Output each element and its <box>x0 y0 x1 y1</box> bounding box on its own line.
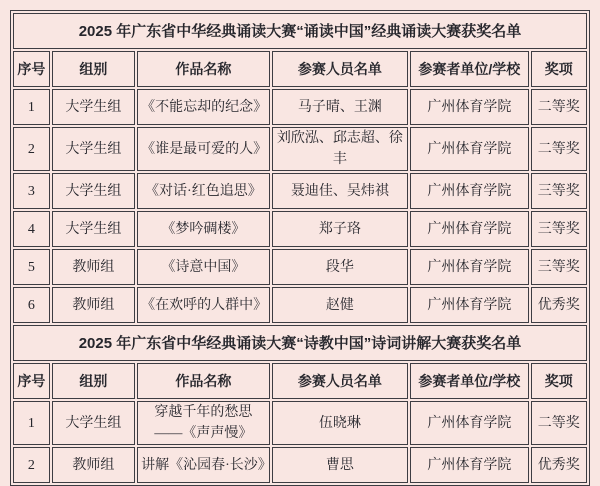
cell-participants: 赵健 <box>272 287 408 323</box>
column-header-work: 作品名称 <box>137 363 270 399</box>
cell-group: 教师组 <box>52 447 135 483</box>
table-title-row: 2025 年广东省中华经典诵读大赛“诗教中国”诗词讲解大赛获奖名单 <box>13 325 587 361</box>
cell-participants: 马子晴、王渊 <box>272 89 408 125</box>
cell-school: 广州体育学院 <box>410 173 528 209</box>
table-row: 4 大学生组 《梦吟碉楼》 郑子珞 广州体育学院 三等奖 <box>13 211 587 247</box>
cell-award: 优秀奖 <box>531 287 587 323</box>
cell-work: 《谁是最可爱的人》 <box>137 127 270 171</box>
header-row: 序号 组别 作品名称 参赛人员名单 参赛者单位/学校 奖项 <box>13 363 587 399</box>
column-header-serial: 序号 <box>13 363 50 399</box>
cell-work: 《梦吟碉楼》 <box>137 211 270 247</box>
column-header-serial: 序号 <box>13 51 50 87</box>
table-row: 6 教师组 《在欢呼的人群中》 赵健 广州体育学院 优秀奖 <box>13 287 587 323</box>
cell-group: 大学生组 <box>52 401 135 445</box>
cell-group: 教师组 <box>52 287 135 323</box>
cell-participants: 郑子珞 <box>272 211 408 247</box>
table-row: 2 教师组 讲解《沁园春·长沙》 曹思 广州体育学院 优秀奖 <box>13 447 587 483</box>
column-header-school: 参赛者单位/学校 <box>410 51 528 87</box>
cell-group: 大学生组 <box>52 89 135 125</box>
cell-work: 《不能忘却的纪念》 <box>137 89 270 125</box>
cell-participants: 聂迪佳、吴炜祺 <box>272 173 408 209</box>
cell-group: 教师组 <box>52 249 135 285</box>
cell-participants: 段华 <box>272 249 408 285</box>
page: 2025 年广东省中华经典诵读大赛“诵读中国”经典诵读大赛获奖名单 序号 组别 … <box>0 0 600 486</box>
cell-school: 广州体育学院 <box>410 89 528 125</box>
cell-school: 广州体育学院 <box>410 249 528 285</box>
cell-serial: 3 <box>13 173 50 209</box>
cell-award: 三等奖 <box>531 211 587 247</box>
cell-serial: 2 <box>13 127 50 171</box>
cell-school: 广州体育学院 <box>410 211 528 247</box>
cell-serial: 1 <box>13 89 50 125</box>
cell-participants: 伍晓琳 <box>272 401 408 445</box>
cell-participants: 曹思 <box>272 447 408 483</box>
cell-group: 大学生组 <box>52 127 135 171</box>
cell-serial: 1 <box>13 401 50 445</box>
table-row: 1 大学生组 《不能忘却的纪念》 马子晴、王渊 广州体育学院 二等奖 <box>13 89 587 125</box>
cell-work: 《诗意中国》 <box>137 249 270 285</box>
cell-work: 《对话·红色追思》 <box>137 173 270 209</box>
cell-serial: 2 <box>13 447 50 483</box>
cell-group: 大学生组 <box>52 211 135 247</box>
cell-serial: 5 <box>13 249 50 285</box>
cell-work: 穿越千年的愁思 ——《声声慢》 <box>137 401 270 445</box>
cell-award: 三等奖 <box>531 249 587 285</box>
column-header-participants: 参赛人员名单 <box>272 363 408 399</box>
cell-school: 广州体育学院 <box>410 287 528 323</box>
cell-award: 二等奖 <box>531 89 587 125</box>
table-title-row: 2025 年广东省中华经典诵读大赛“诵读中国”经典诵读大赛获奖名单 <box>13 13 587 49</box>
table-row: 5 教师组 《诗意中国》 段华 广州体育学院 三等奖 <box>13 249 587 285</box>
table-title: 2025 年广东省中华经典诵读大赛“诗教中国”诗词讲解大赛获奖名单 <box>13 325 587 361</box>
awards-table: 2025 年广东省中华经典诵读大赛“诵读中国”经典诵读大赛获奖名单 序号 组别 … <box>10 10 590 486</box>
cell-award: 优秀奖 <box>531 447 587 483</box>
cell-school: 广州体育学院 <box>410 447 528 483</box>
table-row: 1 大学生组 穿越千年的愁思 ——《声声慢》 伍晓琳 广州体育学院 二等奖 <box>13 401 587 445</box>
column-header-work: 作品名称 <box>137 51 270 87</box>
column-header-participants: 参赛人员名单 <box>272 51 408 87</box>
column-header-award: 奖项 <box>531 51 587 87</box>
header-row: 序号 组别 作品名称 参赛人员名单 参赛者单位/学校 奖项 <box>13 51 587 87</box>
cell-school: 广州体育学院 <box>410 127 528 171</box>
cell-serial: 4 <box>13 211 50 247</box>
cell-group: 大学生组 <box>52 173 135 209</box>
cell-work: 《在欢呼的人群中》 <box>137 287 270 323</box>
cell-award: 三等奖 <box>531 173 587 209</box>
column-header-award: 奖项 <box>531 363 587 399</box>
column-header-group: 组别 <box>52 363 135 399</box>
cell-school: 广州体育学院 <box>410 401 528 445</box>
cell-award: 二等奖 <box>531 401 587 445</box>
cell-participants: 刘欣泓、邱志超、徐丰 <box>272 127 408 171</box>
table-title: 2025 年广东省中华经典诵读大赛“诵读中国”经典诵读大赛获奖名单 <box>13 13 587 49</box>
cell-award: 二等奖 <box>531 127 587 171</box>
table-row: 2 大学生组 《谁是最可爱的人》 刘欣泓、邱志超、徐丰 广州体育学院 二等奖 <box>13 127 587 171</box>
column-header-group: 组别 <box>52 51 135 87</box>
table-row: 3 大学生组 《对话·红色追思》 聂迪佳、吴炜祺 广州体育学院 三等奖 <box>13 173 587 209</box>
cell-serial: 6 <box>13 287 50 323</box>
cell-work: 讲解《沁园春·长沙》 <box>137 447 270 483</box>
column-header-school: 参赛者单位/学校 <box>410 363 528 399</box>
